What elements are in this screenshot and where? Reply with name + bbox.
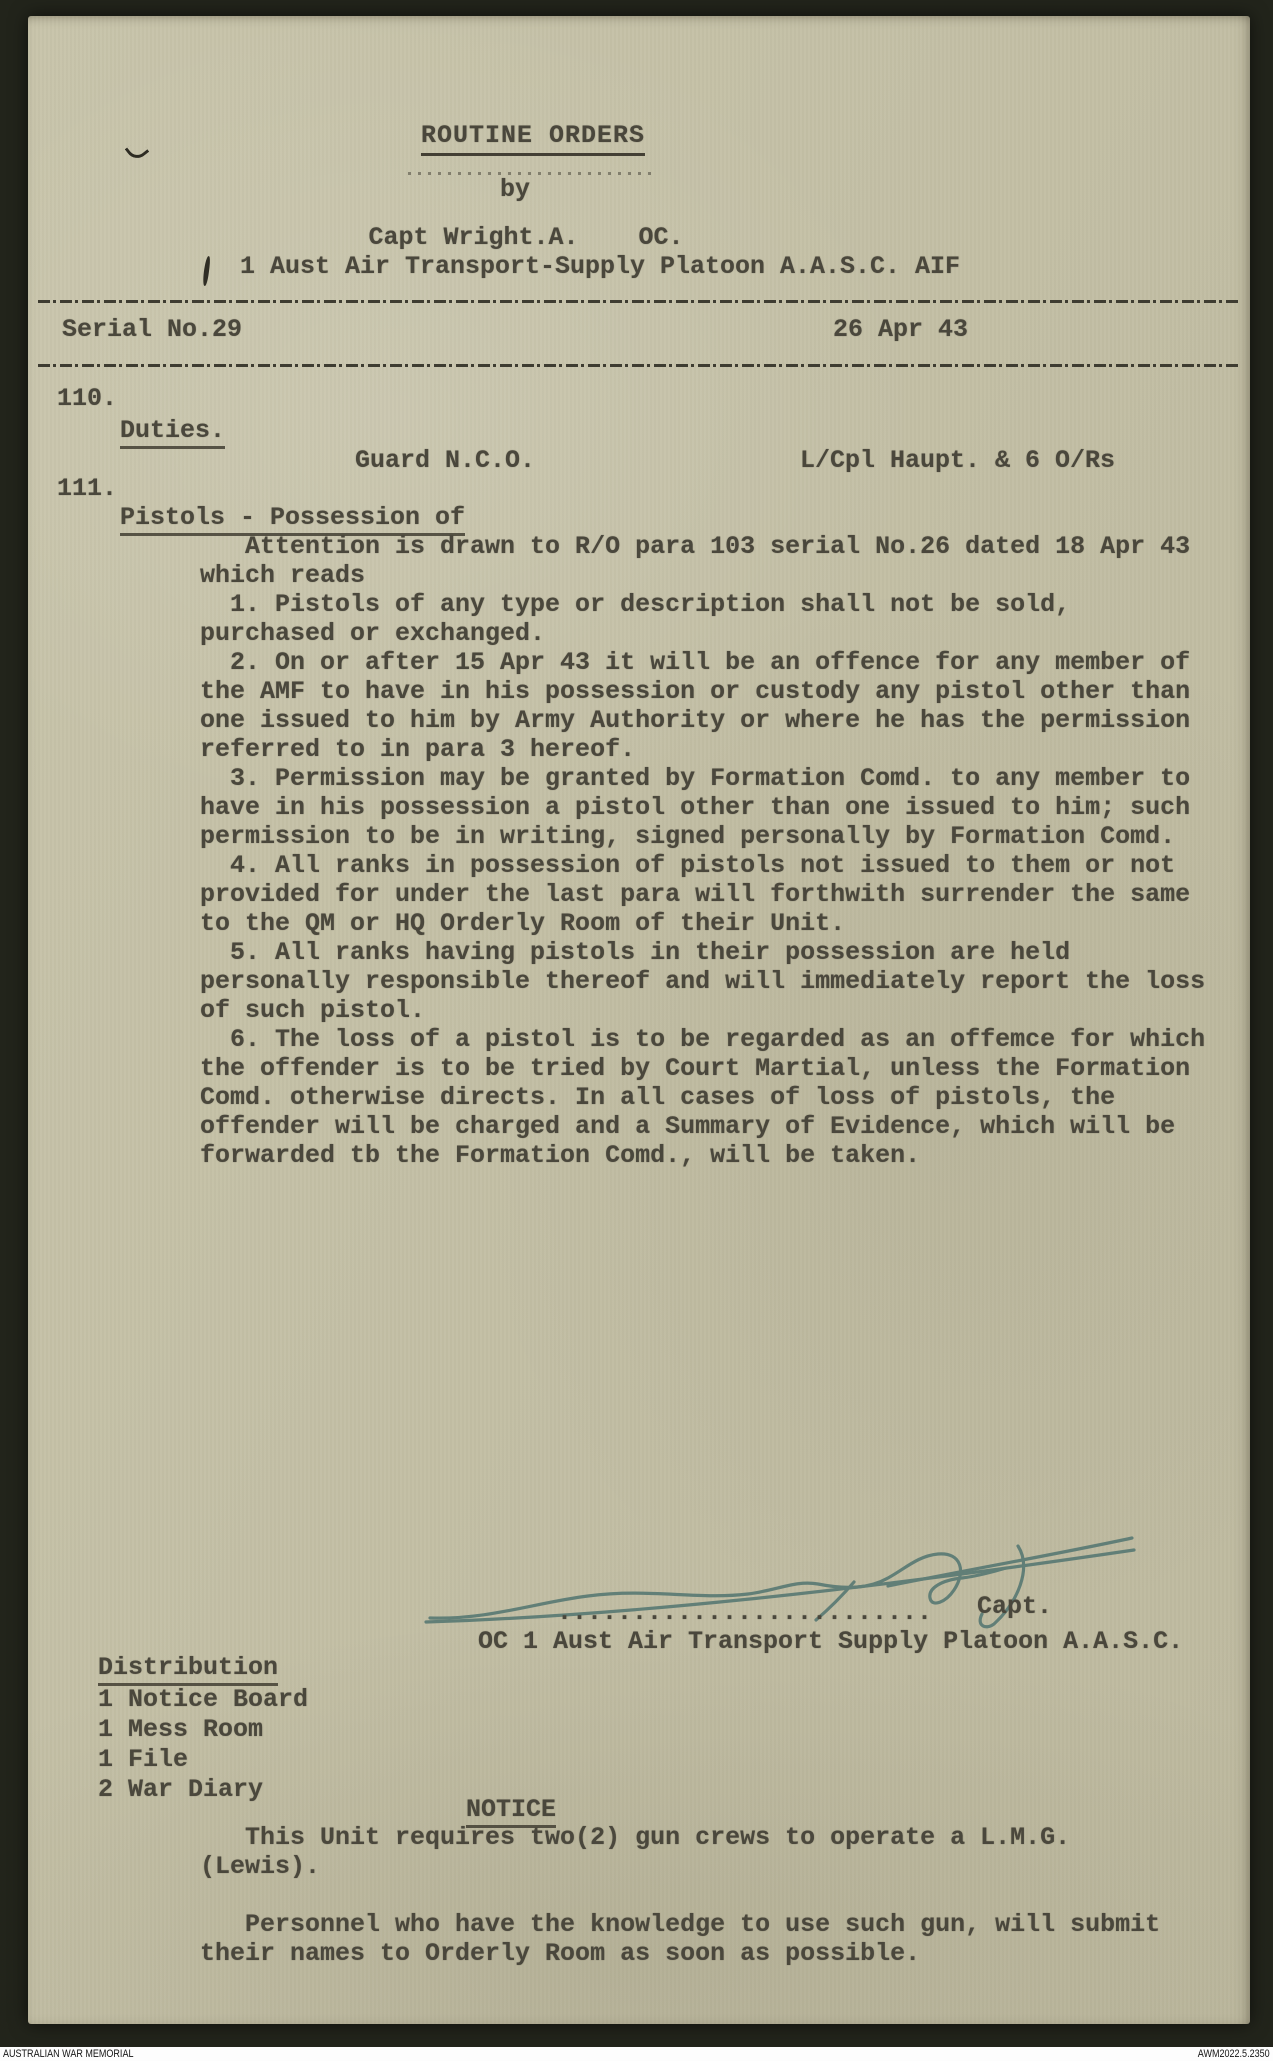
title-dotted-rule xyxy=(408,172,658,175)
distribution-item: 1 File xyxy=(98,1745,188,1774)
distribution-item: 2 War Diary xyxy=(98,1775,263,1804)
item-110-number: 110. xyxy=(57,384,117,413)
order-date: 26 Apr 43 xyxy=(833,315,968,344)
distribution-heading: Distribution xyxy=(98,1653,278,1686)
signature-dotted-line: ......................... xyxy=(557,1598,932,1627)
serial-number: Serial No.29 xyxy=(62,315,242,344)
archive-source-label: AUSTRALIAN WAR MEMORIAL xyxy=(3,2047,133,2061)
notice-body: This Unit requires two(2) gun crews to o… xyxy=(200,1823,1070,1881)
duty-assignee: L/Cpl Haupt. & 6 O/Rs xyxy=(800,446,1115,475)
signature-rank: Capt. xyxy=(977,1592,1052,1621)
notice-paragraph-2: Personnel who have the knowledge to use … xyxy=(200,1910,1160,1968)
paper-blemish-2 xyxy=(202,256,211,286)
item-111-body: Attention is drawn to R/O para 103 seria… xyxy=(200,532,1205,1170)
archive-reference: AWM2022.5.2350 xyxy=(1198,2047,1270,2061)
routine-orders-title: ROUTINE ORDERS xyxy=(421,121,645,156)
scan-background: ROUTINE ORDERS by Capt Wright.A. OC. 1 A… xyxy=(0,0,1273,2061)
archive-footer: AUSTRALIAN WAR MEMORIAL AWM2022.5.2350 xyxy=(0,2047,1273,2061)
duty-role: Guard N.C.O. xyxy=(355,446,535,475)
serial-rule-bottom xyxy=(38,364,1240,367)
distribution-item: 1 Notice Board xyxy=(98,1685,308,1714)
document-page: ROUTINE ORDERS by Capt Wright.A. OC. 1 A… xyxy=(28,16,1250,2024)
serial-rule-top xyxy=(38,300,1240,303)
signatory-title: OC 1 Aust Air Transport Supply Platoon A… xyxy=(478,1627,1183,1656)
paper-blemish-1 xyxy=(125,138,150,162)
officer-line: Capt Wright.A. OC. xyxy=(368,223,683,252)
item-110-heading: Duties. xyxy=(120,416,225,449)
byline: by xyxy=(500,175,530,204)
distribution-item: 1 Mess Room xyxy=(98,1715,263,1744)
item-111-number: 111. xyxy=(57,474,117,503)
unit-line: 1 Aust Air Transport-Supply Platoon A.A.… xyxy=(240,252,960,281)
